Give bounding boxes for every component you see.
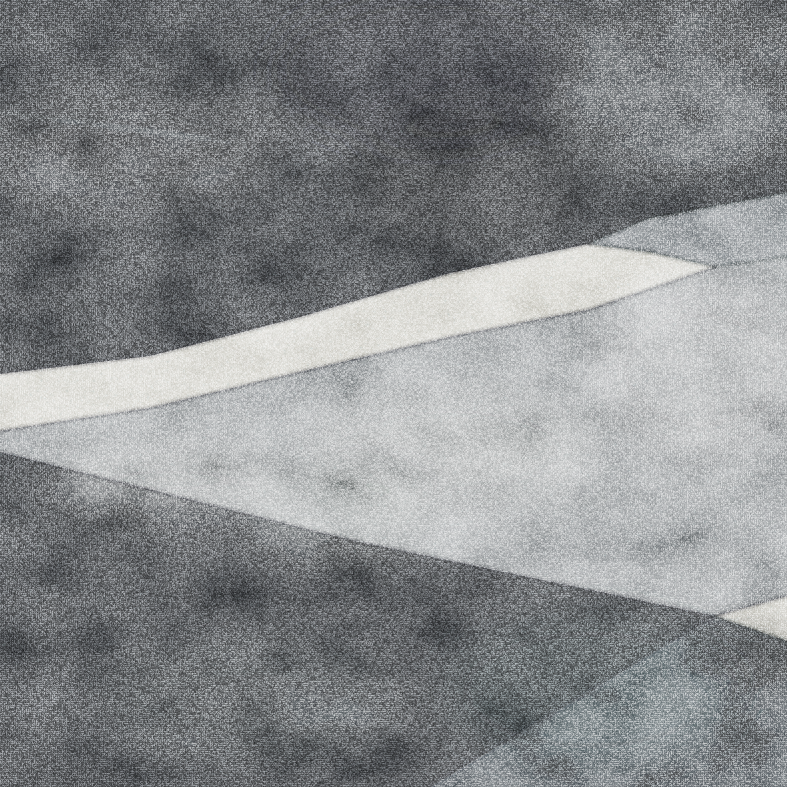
texture-teal-fleck-layer [0, 0, 787, 787]
carpet-photo-canvas [0, 0, 787, 787]
carpet-texture-photo [0, 0, 787, 787]
